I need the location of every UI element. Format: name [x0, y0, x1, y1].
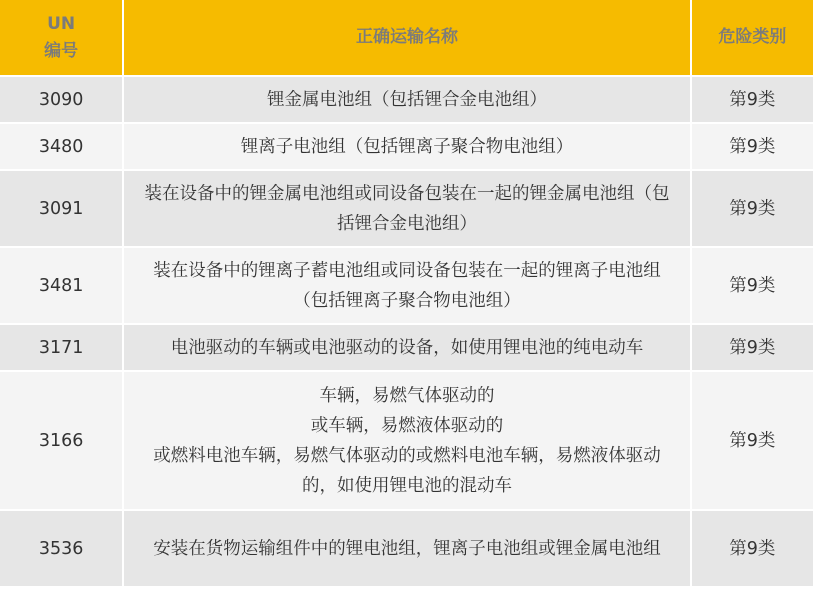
- table-row: 3090 锂金属电池组（包括锂合金电池组） 第9类: [0, 77, 813, 122]
- hazard-class-cell: 第9类: [692, 325, 813, 370]
- hazard-class-cell: 第9类: [692, 77, 813, 122]
- shipping-name-line: 装在设备中的锂离子蓄电池组或同设备包装在一起的锂离子电池组（包括锂离子聚合物电池…: [153, 261, 661, 311]
- header-un-line1: UN: [8, 11, 114, 38]
- un-number-cell: 3091: [0, 171, 122, 246]
- un-number-cell: 3090: [0, 77, 122, 122]
- header-un-number: UN 编号: [0, 0, 122, 75]
- shipping-name-cell: 锂离子电池组（包括锂离子聚合物电池组）: [124, 124, 689, 169]
- un-number-cell: 3536: [0, 511, 122, 586]
- shipping-name-line: 或车辆，易燃液体驱动的: [138, 411, 675, 441]
- table-row: 3480 锂离子电池组（包括锂离子聚合物电池组） 第9类: [0, 124, 813, 169]
- table-row: 3481 装在设备中的锂离子蓄电池组或同设备包装在一起的锂离子电池组（包括锂离子…: [0, 248, 813, 323]
- header-proper-shipping-name: 正确运输名称: [124, 0, 689, 75]
- shipping-name-line: 或燃料电池车辆，易燃气体驱动的或燃料电池车辆，易燃液体驱动的，如使用锂电池的混动…: [138, 441, 675, 501]
- shipping-name-cell: 装在设备中的锂金属电池组或同设备包装在一起的锂金属电池组（包括锂合金电池组）: [124, 171, 689, 246]
- header-hazard-class: 危险类别: [692, 0, 813, 75]
- shipping-name-line: 安装在货物运输组件中的锂电池组，锂离子电池组或锂金属电池组: [153, 539, 661, 559]
- table-row: 3536 安装在货物运输组件中的锂电池组，锂离子电池组或锂金属电池组 第9类: [0, 511, 813, 586]
- table-row: 3171 电池驱动的车辆或电池驱动的设备，如使用锂电池的纯电动车 第9类: [0, 325, 813, 370]
- shipping-name-cell: 安装在货物运输组件中的锂电池组，锂离子电池组或锂金属电池组: [124, 511, 689, 586]
- table-row: 3091 装在设备中的锂金属电池组或同设备包装在一起的锂金属电池组（包括锂合金电…: [0, 171, 813, 246]
- shipping-name-cell: 锂金属电池组（包括锂合金电池组）: [124, 77, 689, 122]
- shipping-name-cell: 车辆，易燃气体驱动的 或车辆，易燃液体驱动的 或燃料电池车辆，易燃气体驱动的或燃…: [124, 372, 689, 509]
- header-un-line2: 编号: [8, 38, 114, 65]
- hazard-class-cell: 第9类: [692, 248, 813, 323]
- un-dangerous-goods-table: UN 编号 正确运输名称 危险类别 3090 锂金属电池组（包括锂合金电池组） …: [0, 0, 815, 588]
- un-number-cell: 3480: [0, 124, 122, 169]
- shipping-name-line: 电池驱动的车辆或电池驱动的设备，如使用锂电池的纯电动车: [138, 333, 675, 363]
- hazard-class-cell: 第9类: [692, 511, 813, 586]
- shipping-name-line: 锂金属电池组（包括锂合金电池组）: [138, 85, 675, 115]
- hazard-class-cell: 第9类: [692, 372, 813, 509]
- shipping-name-line: 装在设备中的锂金属电池组或同设备包装在一起的锂金属电池组（包括锂合金电池组）: [144, 184, 669, 234]
- shipping-name-cell: 装在设备中的锂离子蓄电池组或同设备包装在一起的锂离子电池组（包括锂离子聚合物电池…: [124, 248, 689, 323]
- shipping-name-line: 车辆，易燃气体驱动的: [138, 381, 675, 411]
- un-number-cell: 3171: [0, 325, 122, 370]
- table-header-row: UN 编号 正确运输名称 危险类别: [0, 0, 813, 75]
- table-row: 3166 车辆，易燃气体驱动的 或车辆，易燃液体驱动的 或燃料电池车辆，易燃气体…: [0, 372, 813, 509]
- hazard-class-cell: 第9类: [692, 124, 813, 169]
- shipping-name-cell: 电池驱动的车辆或电池驱动的设备，如使用锂电池的纯电动车: [124, 325, 689, 370]
- shipping-name-line: 锂离子电池组（包括锂离子聚合物电池组）: [138, 132, 675, 162]
- hazard-class-cell: 第9类: [692, 171, 813, 246]
- un-number-cell: 3166: [0, 372, 122, 509]
- un-number-cell: 3481: [0, 248, 122, 323]
